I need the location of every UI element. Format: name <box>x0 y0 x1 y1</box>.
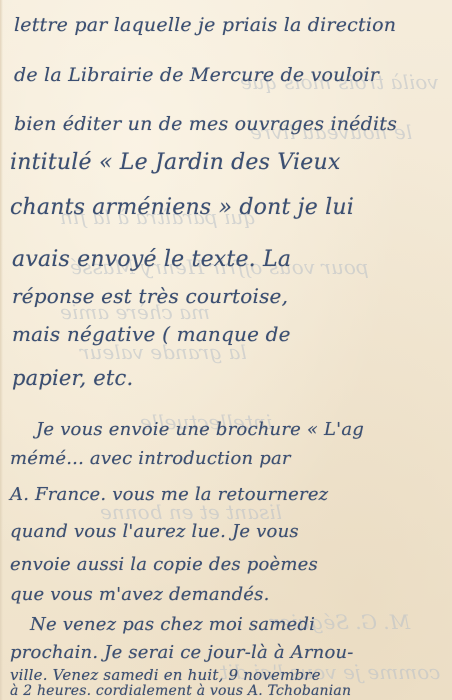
handwritten-line: à 2 heures. cordialement à vous A. Tchob… <box>10 683 351 699</box>
handwritten-line: envoie aussi la copie des poèmes <box>10 554 318 575</box>
handwritten-line: Je vous envoie une brochure « L'ag <box>36 419 364 440</box>
handwritten-line: chants arméniens » dont je lui <box>10 195 354 220</box>
handwritten-line: A. France. vous me la retournerez <box>10 484 328 505</box>
handwritten-line: que vous m'avez demandés. <box>10 584 270 605</box>
handwritten-line: bien éditer un de mes ouvrages inédits <box>14 113 397 135</box>
handwritten-line: prochain. Je serai ce jour-là à Arnou- <box>10 642 354 663</box>
handwritten-line: mémé... avec introduction par <box>10 448 291 469</box>
handwritten-line: Ne venez pas chez moi samedi <box>30 614 315 635</box>
handwritten-line: mais négative ( manque de <box>12 322 291 346</box>
handwritten-line: lettre par laquelle je priais la directi… <box>14 14 396 36</box>
letter-page: voilà trois mois quele nouveau livrequi … <box>0 0 452 700</box>
handwritten-line: papier, etc. <box>12 366 133 390</box>
handwritten-line: quand vous l'aurez lue. Je vous <box>10 521 299 542</box>
paper-edge <box>0 0 3 700</box>
handwritten-line: de la Librairie de Mercure de vouloir <box>14 64 379 86</box>
handwritten-line: intitulé « Le Jardin des Vieux <box>10 150 340 175</box>
handwritten-line: avais envoyé le texte. La <box>12 247 291 272</box>
handwritten-line: réponse est très courtoise, <box>12 284 288 308</box>
handwritten-line: ville. Venez samedi en huit, 9 novembre <box>10 666 321 684</box>
